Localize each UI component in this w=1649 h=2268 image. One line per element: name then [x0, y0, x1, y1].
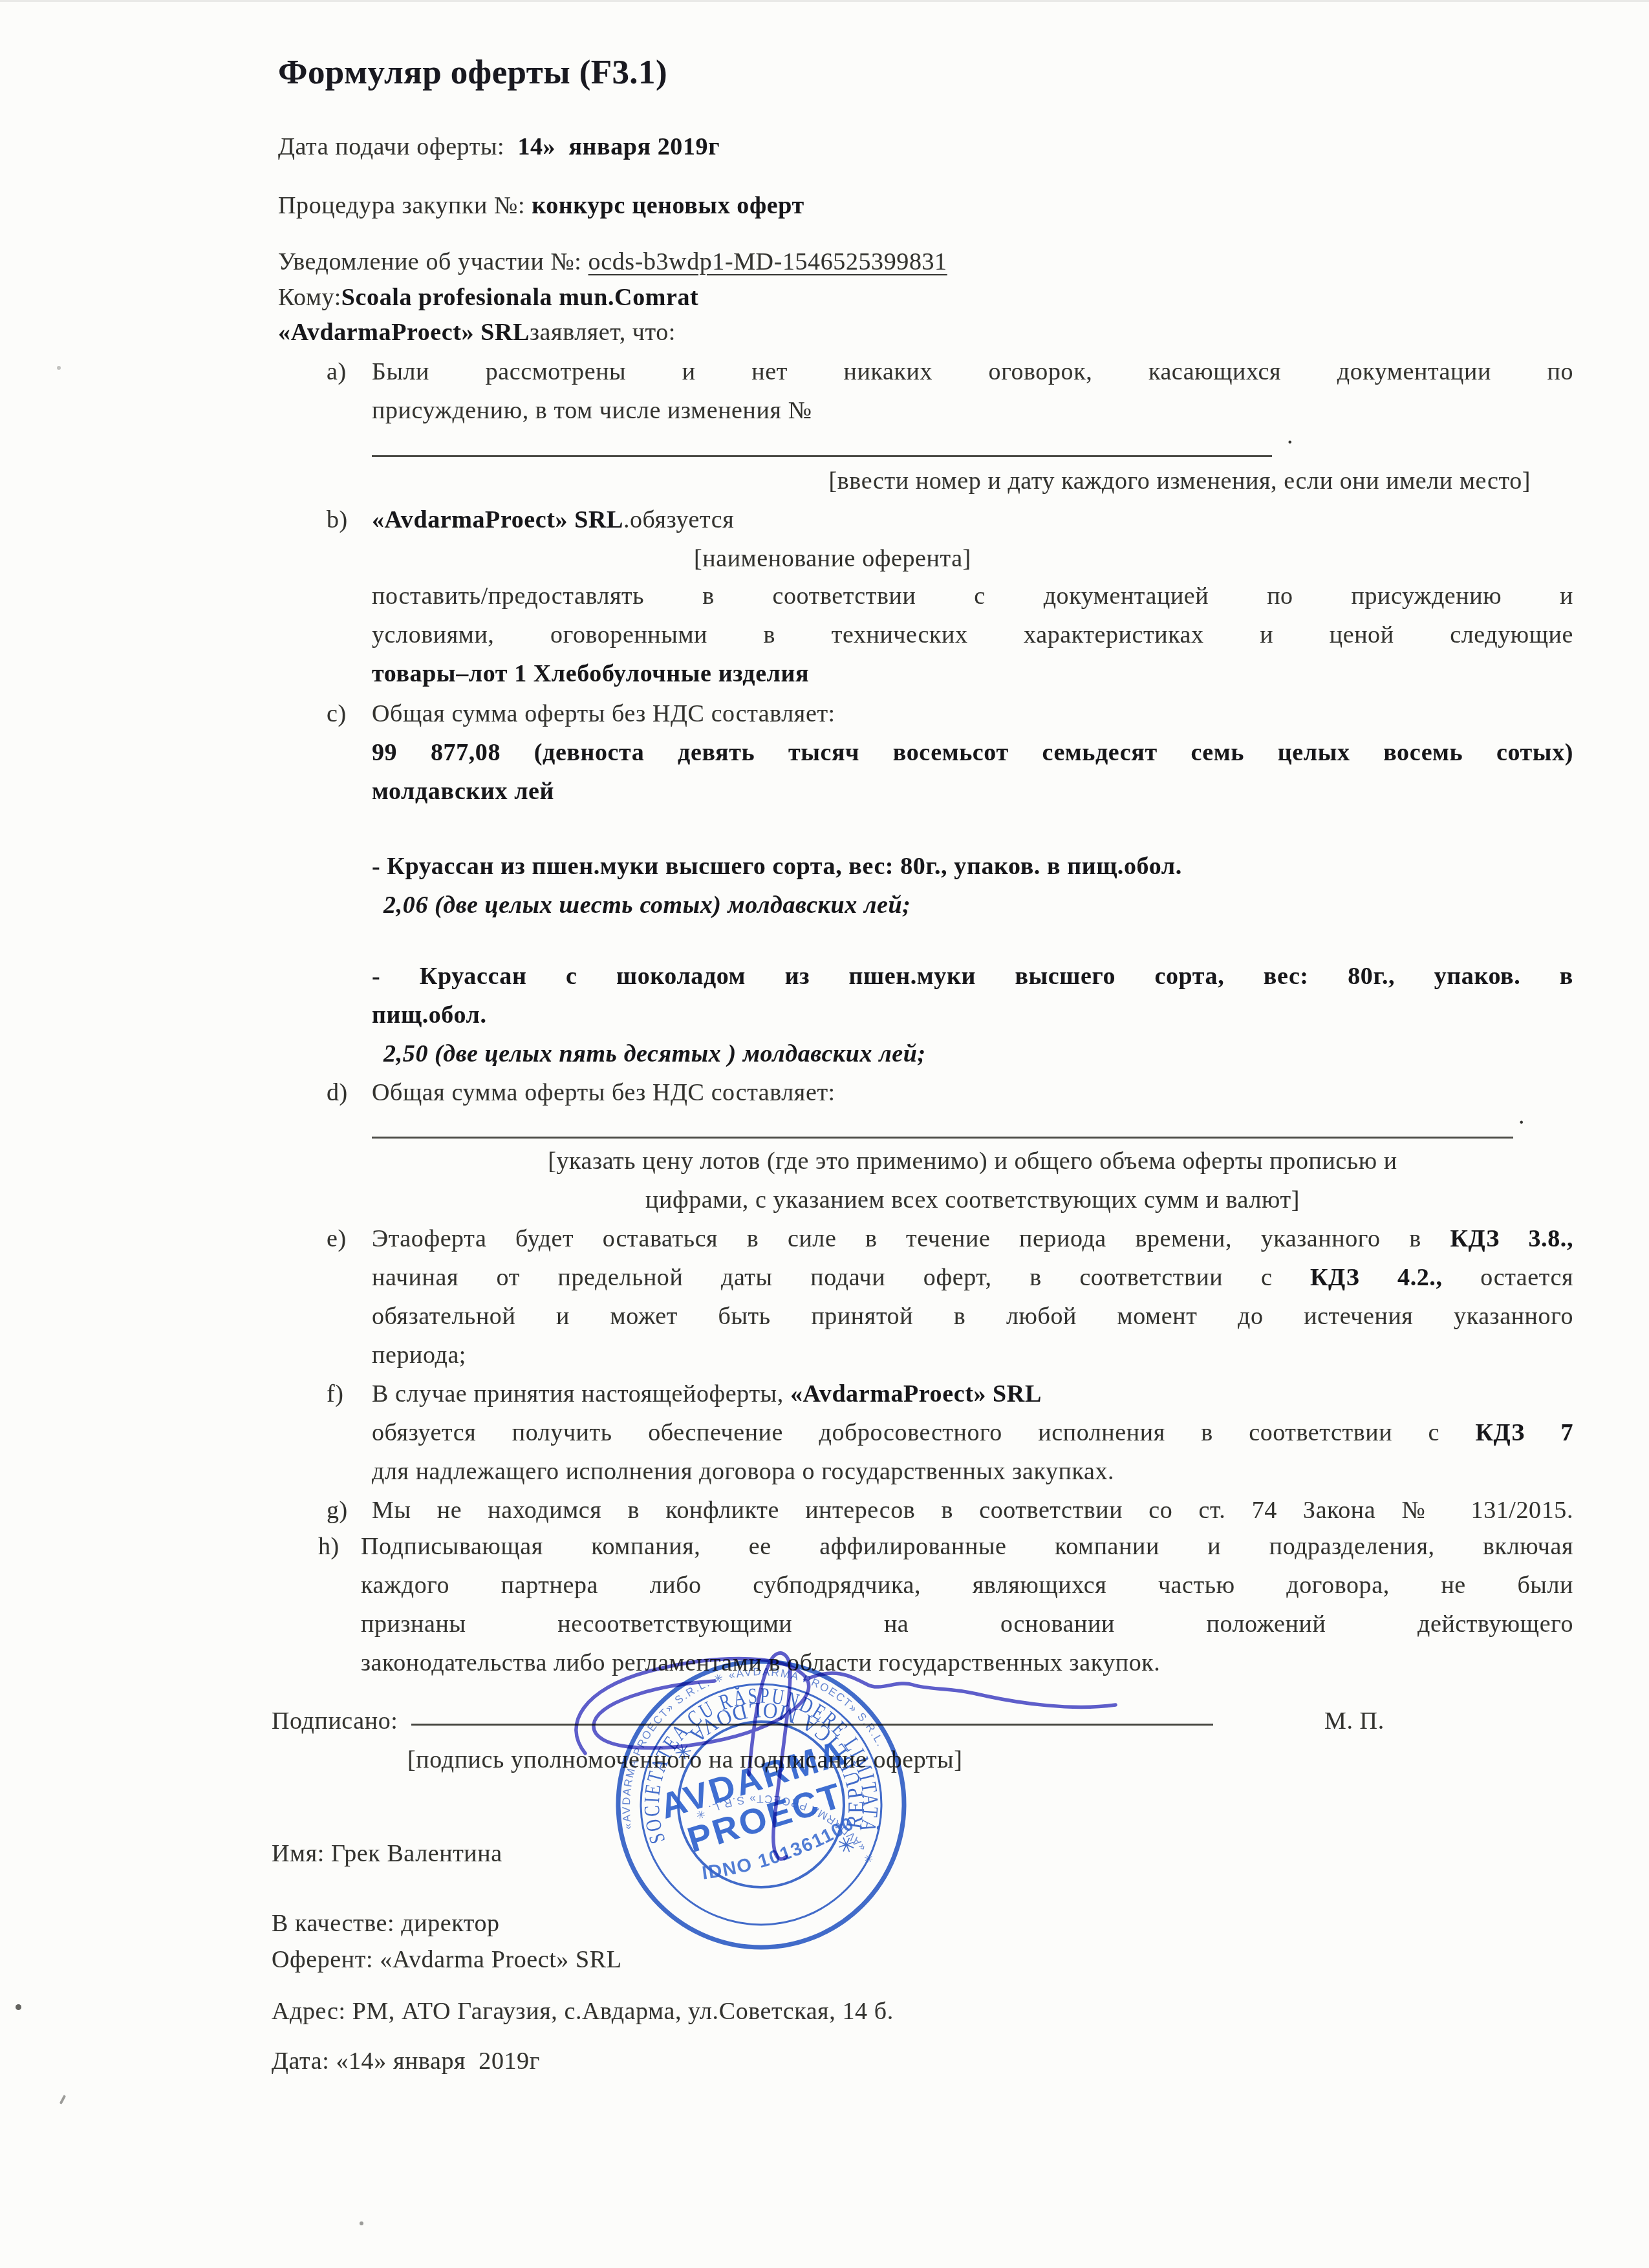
scan-speck — [57, 366, 61, 370]
scanned-offer-form: Формуляр оферты (F3.1) Дата подачи оферт… — [0, 0, 1649, 2268]
signature-tall-stroke — [749, 1653, 790, 1859]
scan-speck — [16, 2004, 21, 2010]
signature-ink — [0, 0, 1649, 2268]
signature-loop-stroke — [576, 1659, 809, 1754]
scan-speck — [360, 2221, 363, 2225]
signature-tail-stroke — [805, 1673, 1115, 1707]
